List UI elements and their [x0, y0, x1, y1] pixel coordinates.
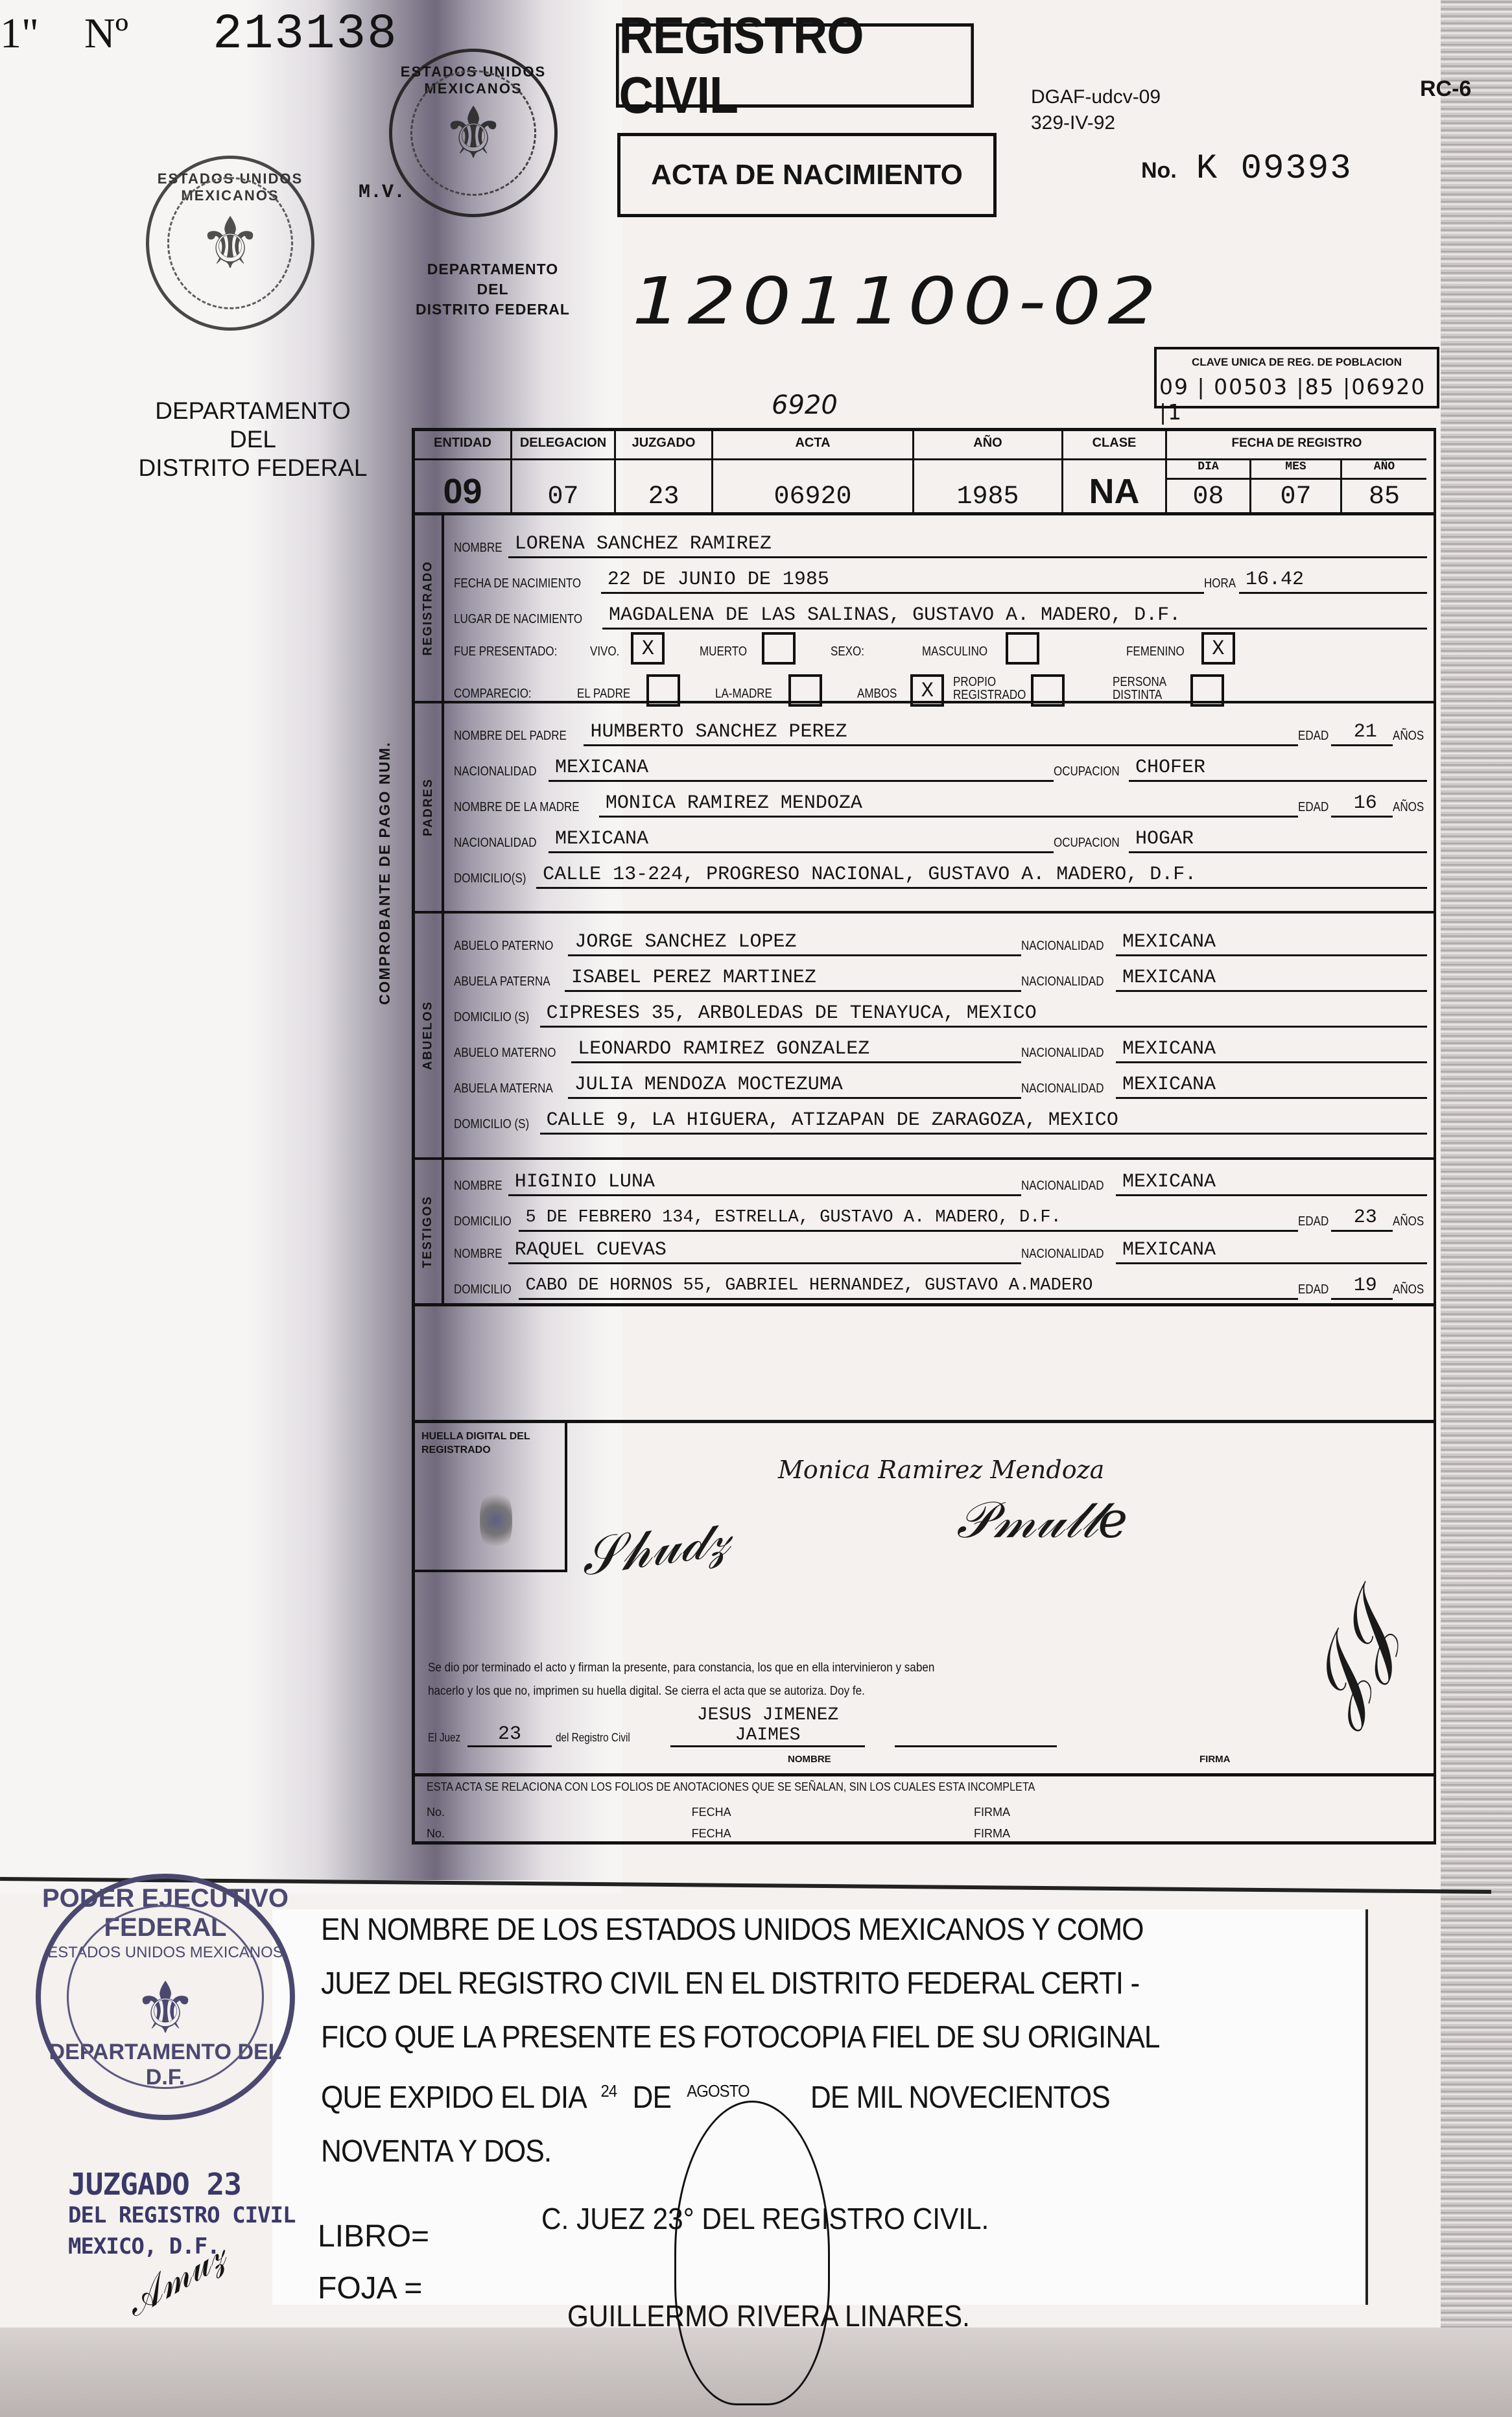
firma-caption: FIRMA [1199, 1754, 1231, 1765]
header-clase: CLASE [1063, 428, 1167, 460]
abuela-paterna-nacionalidad: MEXICANA [1116, 965, 1427, 992]
value-ano: 1985 [914, 460, 1063, 515]
annotation-row: No. FECHA FIRMA [427, 1806, 1010, 1819]
sub-ano: AÑO [1342, 460, 1426, 480]
section-label-testigos: TESTIGOS [415, 1160, 444, 1303]
testigo2-nombre: RAQUEL CUEVAS [508, 1238, 1021, 1264]
birth-certificate-form: COMPROBANTE DE PAGO NUM. 1.- JUZGADO ENT… [412, 428, 1436, 1845]
checkbox-el-padre[interactable] [646, 674, 680, 707]
eagle-emblem-icon: ⚜ [198, 202, 263, 285]
row-testigo1-nombre: NOMBRE HIGINIO LUNA NACIONALIDAD MEXICAN… [454, 1166, 1427, 1196]
registrado-fecha: 22 DE JUNIO DE 1985 [601, 567, 1204, 594]
comprobante-label: COMPROBANTE DE PAGO NUM. [376, 741, 394, 1005]
fingerprint-box: HUELLA DIGITAL DEL REGISTRADO [415, 1423, 567, 1572]
fingerprint-icon [480, 1488, 512, 1553]
department-label-small: DEPARTAMENTO DEL DISTRITO FEDERAL [408, 259, 577, 320]
national-seal-left: ESTADOS UNIDOS MEXICANOS ⚜ [146, 156, 314, 331]
checkbox-ambos[interactable]: X [910, 674, 944, 707]
judge-row: El Juez 23 del Registro Civil JESUS JIME… [428, 1715, 1426, 1747]
testigo1-nacionalidad: MEXICANA [1116, 1170, 1427, 1196]
folio-prefix: 1" [0, 9, 39, 58]
value-clase: NA [1063, 460, 1167, 515]
section-testigos: TESTIGOS NOMBRE HIGINIO LUNA NACIONALIDA… [415, 1157, 1434, 1306]
row-fue-presentado: FUE PRESENTADO: VIVO. X MUERTO SEXO: MAS… [454, 626, 1427, 665]
section-abuelos: ABUELOS ABUELO PATERNO JORGE SANCHEZ LOP… [415, 911, 1434, 1157]
folio-number: 1" Nº 213138 [0, 6, 398, 62]
padre-nombre: HUMBERTO SANCHEZ PEREZ [584, 720, 1297, 746]
abuelo-materno-nacionalidad: MEXICANA [1116, 1037, 1427, 1063]
page-edge [1441, 0, 1512, 2417]
certifying-judge-signature [674, 2101, 830, 2405]
eagle-emblem-icon: ⚜ [442, 91, 506, 174]
header-ano: AÑO [914, 428, 1063, 460]
testigo1-edad: 23 [1331, 1205, 1393, 1232]
acta-number-label: No. [1141, 158, 1177, 183]
row-testigo2-nombre: NOMBRE RAQUEL CUEVAS NACIONALIDAD MEXICA… [454, 1234, 1427, 1264]
row-abuela-materna: ABUELA MATERNA JULIA MENDOZA MOCTEZUMA N… [454, 1069, 1427, 1099]
row-abuelo-paterno: ABUELO PATERNO JORGE SANCHEZ LOPEZ NACIO… [454, 926, 1427, 956]
signature-area: HUELLA DIGITAL DEL REGISTRADO Monica Ram… [415, 1423, 1434, 1780]
curp-box: CLAVE UNICA DE REG. DE POBLACION 09 | 00… [1154, 347, 1439, 408]
folio-value: 213138 [213, 6, 398, 62]
value-ano-registro: 85 [1342, 480, 1426, 515]
section-padres: PADRES NOMBRE DEL PADRE HUMBERTO SANCHEZ… [415, 703, 1434, 911]
row-nombre: NOMBRE LORENA SANCHEZ RAMIREZ [454, 528, 1427, 558]
document-title: REGISTRO CIVIL [616, 23, 974, 108]
annotations-header: ESTA ACTA SE RELACIONA CON LOS FOLIOS DE… [427, 1780, 1035, 1794]
row-testigo2-domicilio: DOMICILIO CABO DE HORNOS 55, GABRIEL HER… [454, 1270, 1427, 1300]
section-label-registrado: REGISTRADO [415, 515, 444, 701]
checkbox-propio-registrado[interactable] [1031, 674, 1065, 707]
blank-notes-area [415, 1306, 1434, 1423]
value-mes: 07 [1251, 480, 1340, 515]
registry-grid: ENTIDAD DELEGACION JUZGADO ACTA AÑO CLAS… [415, 428, 1434, 515]
rc-code: RC-6 [1420, 77, 1471, 102]
padre-nacionalidad: MEXICANA [549, 755, 1054, 782]
annotation-row: No. FECHA FIRMA [427, 1827, 1010, 1841]
father-signature: 𝒮𝒽𝓊𝒹𝓏 [577, 1507, 733, 1588]
header-fecha-registro: FECHA DE REGISTRO [1167, 428, 1426, 460]
nombre-caption: NOMBRE [788, 1754, 831, 1765]
judge-number: 23 [467, 1723, 552, 1747]
row-fecha-nacimiento: FECHA DE NACIMIENTO 22 DE JUNIO DE 1985 … [454, 564, 1427, 594]
mother-signature: 𝒫𝓂𝓊𝓁𝓁𝑒 [956, 1491, 1128, 1550]
header-acta: ACTA [713, 428, 914, 460]
mv-label: M.V. [359, 182, 405, 204]
row-padre: NOMBRE DEL PADRE HUMBERTO SANCHEZ PEREZ … [454, 716, 1427, 746]
header-delegacion: DELEGACION [512, 428, 616, 460]
seal-text: ESTADOS UNIDOS MEXICANOS [392, 64, 554, 97]
checkbox-la-madre[interactable] [788, 674, 822, 707]
acta-number: No. K 09393 [1141, 149, 1353, 189]
checkbox-persona-distinta[interactable] [1190, 674, 1224, 707]
section-label-abuelos: ABUELOS [415, 914, 444, 1157]
madre-nacionalidad: MEXICANA [549, 827, 1054, 853]
abuelo-materno: LEONARDO RAMIREZ GONZALEZ [571, 1037, 1021, 1063]
value-juzgado: 23 [616, 460, 713, 515]
mother-handwritten-name: Monica Ramirez Mendoza [778, 1456, 1104, 1484]
sub-dia: DIA [1167, 460, 1249, 480]
domicilio-abuelos-paternos: CIPRESES 35, ARBOLEDAS DE TENAYUCA, MEXI… [540, 1001, 1427, 1028]
padre-ocupacion: CHOFER [1129, 755, 1427, 782]
libro-foja: LIBRO= FOJA = [318, 2211, 429, 2315]
curp-label: CLAVE UNICA DE REG. DE POBLACION [1157, 356, 1437, 369]
madre-nombre: MONICA RAMIREZ MENDOZA [599, 791, 1298, 818]
testigo1-domicilio: 5 DE FEBRERO 134, ESTRELLA, GUSTAVO A. M… [519, 1205, 1297, 1232]
testigo2-nacionalidad: MEXICANA [1116, 1238, 1427, 1264]
value-entidad: 09 [415, 460, 512, 515]
value-dia: 08 [1167, 480, 1249, 515]
official-stamp: PODER EJECUTIVO FEDERAL ESTADOS UNIDOS M… [36, 1874, 295, 2120]
abuelo-paterno: JORGE SANCHEZ LOPEZ [568, 930, 1021, 956]
row-madre: NOMBRE DE LA MADRE MONICA RAMIREZ MENDOZ… [454, 788, 1427, 818]
abuelo-paterno-nacionalidad: MEXICANA [1116, 930, 1427, 956]
seal-text: ESTADOS UNIDOS MEXICANOS [149, 171, 311, 204]
eagle-emblem-icon: ⚜ [41, 1966, 290, 2049]
checkbox-vivo[interactable]: X [631, 632, 665, 665]
domicilio-abuelos-maternos: CALLE 9, LA HIGUERA, ATIZAPAN DE ZARAGOZ… [540, 1108, 1427, 1135]
row-madre-nacionalidad: NACIONALIDAD MEXICANA OCUPACION HOGAR [454, 823, 1427, 853]
judge-signature: 𝒥𝒥 [1284, 1594, 1417, 1732]
row-domicilio-paternos: DOMICILIO (S) CIPRESES 35, ARBOLEDAS DE … [454, 998, 1427, 1028]
row-padre-nacionalidad: NACIONALIDAD MEXICANA OCUPACION CHOFER [454, 752, 1427, 782]
padres-domicilio: CALLE 13-224, PROGRESO NACIONAL, GUSTAVO… [536, 862, 1427, 889]
checkbox-muerto[interactable] [762, 632, 796, 665]
value-delegacion: 07 [512, 460, 616, 515]
header-entidad: ENTIDAD [415, 428, 512, 460]
closing-statement: Se dio por terminado el acto y firman la… [428, 1657, 1011, 1703]
acta-number-value: K 09393 [1196, 149, 1353, 189]
row-padres-domicilio: DOMICILIO(S) CALLE 13-224, PROGRESO NACI… [454, 859, 1427, 889]
abuela-paterna: ISABEL PEREZ MARTINEZ [565, 965, 1021, 992]
judge-signature-line [895, 1745, 1057, 1747]
registrado-hora: 16.42 [1239, 567, 1427, 594]
handwritten-acta-note: 6920 [772, 390, 838, 420]
row-abuela-paterna: ABUELA PATERNA ISABEL PEREZ MARTINEZ NAC… [454, 962, 1427, 992]
form-code: DGAF-udcv-09 329-IV-92 [1031, 84, 1161, 136]
annotations-section: ESTA ACTA SE RELACIONA CON LOS FOLIOS DE… [415, 1773, 1434, 1845]
handwritten-reference: 1201100-02 [632, 263, 1163, 338]
document-subtitle: ACTA DE NACIMIENTO [617, 133, 997, 217]
testigo2-domicilio: CABO DE HORNOS 55, GABRIEL HERNANDEZ, GU… [519, 1273, 1297, 1300]
header-juzgado: JUZGADO [616, 428, 713, 460]
padre-edad: 21 [1331, 720, 1393, 746]
judge-name: JESUS JIMENEZ JAIMES [670, 1705, 865, 1747]
checkbox-masculino[interactable] [1006, 632, 1039, 665]
curp-value: 09 | 00503 |85 |06920 |1 [1157, 374, 1437, 425]
expedition-month: AGOSTO [687, 2081, 749, 2101]
row-domicilio-maternos: DOMICILIO (S) CALLE 9, LA HIGUERA, ATIZA… [454, 1105, 1427, 1135]
registrado-nombre: LORENA SANCHEZ RAMIREZ [508, 532, 1427, 558]
section-registrado: REGISTRADO NOMBRE LORENA SANCHEZ RAMIREZ… [415, 515, 1434, 703]
sub-mes: MES [1251, 460, 1340, 480]
section-label-padres: PADRES [415, 703, 444, 911]
checkbox-femenino[interactable]: X [1201, 632, 1235, 665]
expedition-day: 24 [601, 2081, 617, 2101]
department-label-large: DEPARTAMENTO DEL DISTRITO FEDERAL [123, 397, 383, 482]
folio-symbol: Nº [84, 9, 128, 58]
abuela-materna-nacionalidad: MEXICANA [1116, 1072, 1427, 1099]
testigo2-edad: 19 [1331, 1273, 1393, 1300]
abuela-materna: JULIA MENDOZA MOCTEZUMA [568, 1072, 1021, 1099]
testigo1-nombre: HIGINIO LUNA [508, 1170, 1021, 1196]
row-testigo1-domicilio: DOMICILIO 5 DE FEBRERO 134, ESTRELLA, GU… [454, 1202, 1427, 1232]
row-comparecio: COMPARECIO: EL PADRE LA-MADRE AMBOS X PR… [454, 668, 1427, 707]
row-abuelo-materno: ABUELO MATERNO LEONARDO RAMIREZ GONZALEZ… [454, 1033, 1427, 1063]
value-acta: 06920 [713, 460, 914, 515]
madre-ocupacion: HOGAR [1129, 827, 1427, 853]
national-seal-top: ESTADOS UNIDOS MEXICANOS ⚜ [389, 49, 558, 217]
madre-edad: 16 [1331, 791, 1393, 818]
